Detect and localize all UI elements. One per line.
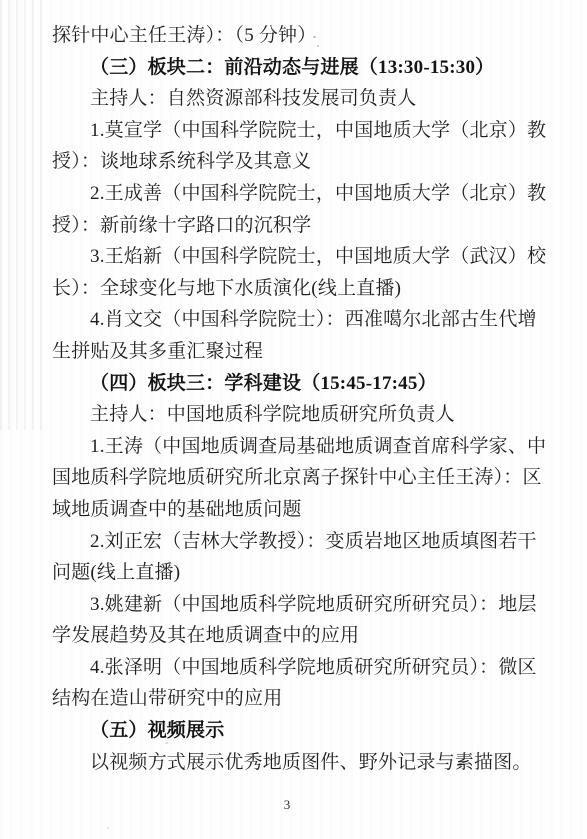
document-line: 域地质调查中的基础地质问题	[52, 494, 531, 526]
document-line: 授）：新前缘十字路口的沉积学	[52, 210, 531, 242]
document-line: 国地质科学院地质研究所北京离子探针中心主任王涛）：区	[52, 462, 531, 494]
document-line: 2.刘正宏（吉林大学教授）：变质岩地区地质填图若干	[52, 526, 531, 558]
document-content: 探针中心主任王涛）：（5 分钟）（三）板块二：前沿动态与进展（13:30-15:…	[0, 0, 587, 778]
document-body: 探针中心主任王涛）：（5 分钟）（三）板块二：前沿动态与进展（13:30-15:…	[52, 20, 531, 778]
document-line: 1.莫宣学（中国科学院院士，中国地质大学（北京）教	[52, 115, 531, 147]
document-line: 4.张泽明（中国地质科学院地质研究所研究员）：微区	[52, 652, 531, 684]
section-heading-line: （五）视频展示	[52, 715, 531, 747]
document-line: 问题(线上直播)	[52, 557, 531, 589]
document-line: 学发展趋势及其在地质调查中的应用	[52, 620, 531, 652]
document-line: 2.王成善（中国科学院院士，中国地质大学（北京）教	[52, 178, 531, 210]
document-line: 3.王焰新（中国科学院院士，中国地质大学（武汉）校	[52, 241, 531, 273]
document-line: 探针中心主任王涛）：（5 分钟）	[52, 20, 531, 52]
scanned-document-page: { "page": { "number": "3", "background":…	[0, 0, 587, 839]
document-line: 以视频方式展示优秀地质图件、野外记录与素描图。	[52, 747, 531, 779]
page-number: 3	[0, 797, 587, 813]
document-line: 1.王涛（中国地质调查局基础地质调查首席科学家、中	[52, 431, 531, 463]
document-line: 生拼贴及其多重汇聚过程	[52, 336, 531, 368]
document-line: 主持人：中国地质科学院地质研究所负责人	[52, 399, 531, 431]
section-heading-line: （四）板块三：学科建设（15:45-17:45）	[52, 368, 531, 400]
document-line: 结构在造山带研究中的应用	[52, 683, 531, 715]
document-line: 4.肖文交（中国科学院院士）：西准噶尔北部古生代增	[52, 304, 531, 336]
document-line: 授）：谈地球系统科学及其意义	[52, 146, 531, 178]
section-heading-line: （三）板块二：前沿动态与进展（13:30-15:30）	[52, 52, 531, 84]
document-line: 主持人：自然资源部科技发展司负责人	[52, 83, 531, 115]
document-line: 3.姚建新（中国地质科学院地质研究所研究员）：地层	[52, 589, 531, 621]
scan-speck	[107, 827, 109, 829]
document-line: 长）：全球变化与地下水质演化(线上直播)	[52, 273, 531, 305]
